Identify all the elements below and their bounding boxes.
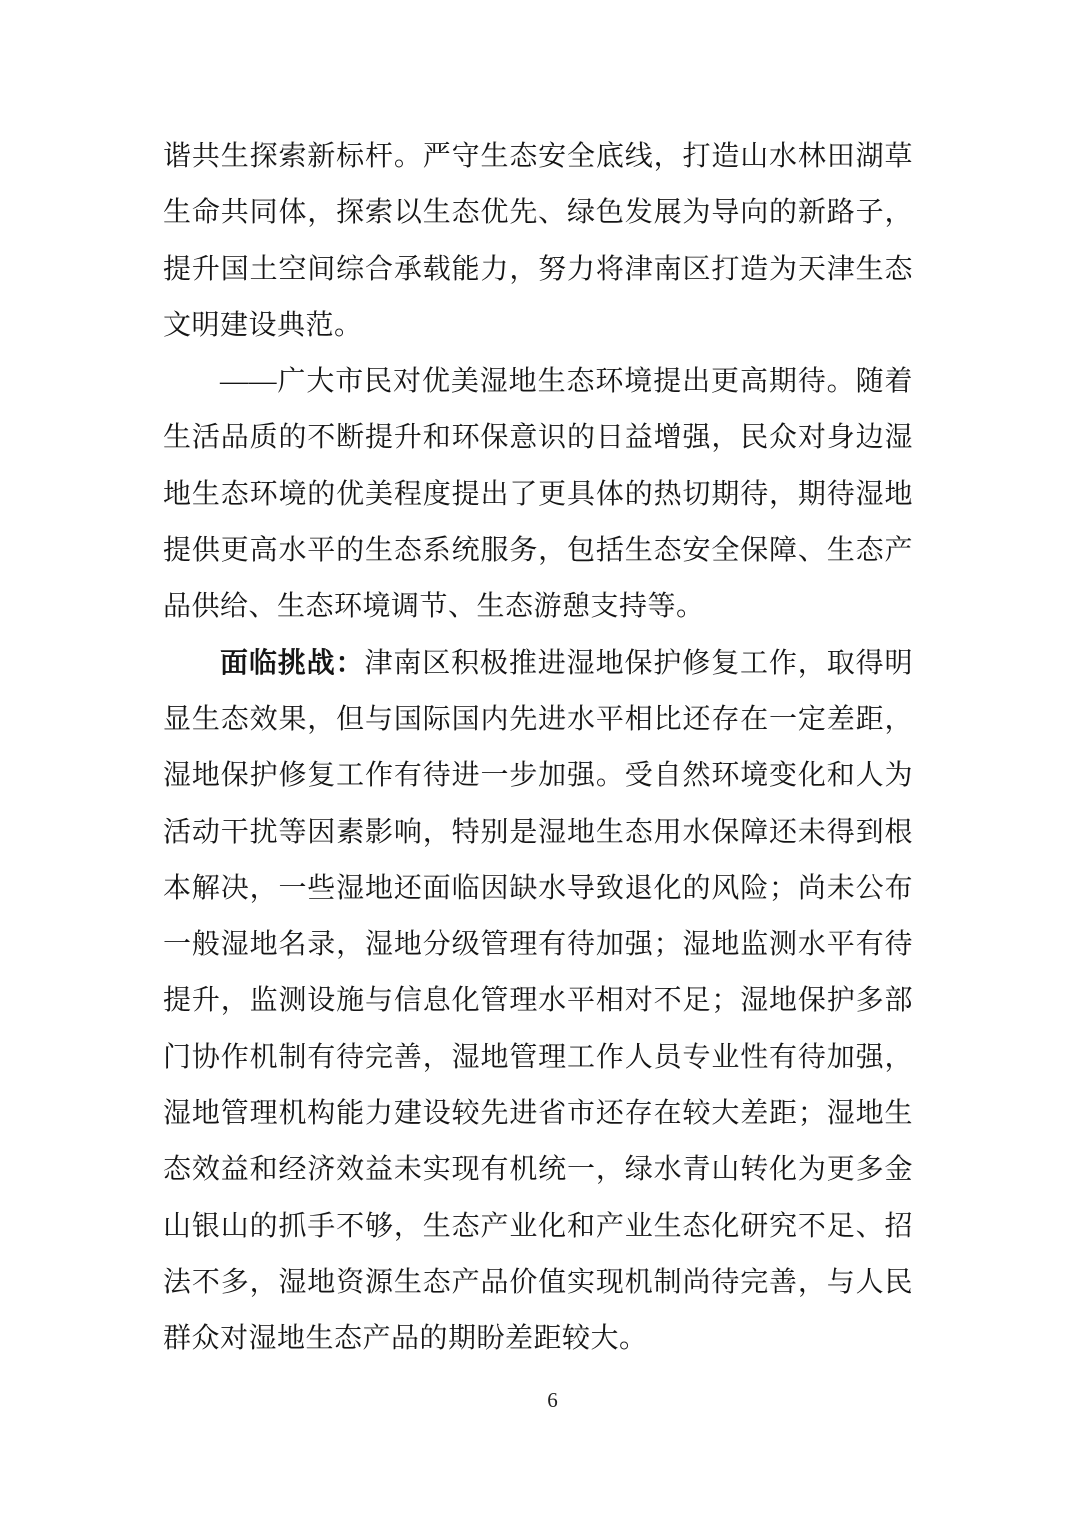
text-line: 本解决，一些湿地还面临因缺水导致退化的风险；尚未公布 [163,861,913,917]
text-line: 地生态环境的优美程度提出了更具体的热切期待，期待湿地 [163,467,913,523]
document-body: 谐共生探索新标杆。严守生态安全底线，打造山水林田湖草生命共同体，探索以生态优先、… [163,129,913,1368]
text-line: 态效益和经济效益未实现有机统一，绿水青山转化为更多金 [163,1142,913,1198]
text-line: 一般湿地名录，湿地分级管理有待加强；湿地监测水平有待 [163,917,913,973]
text-line: 湿地保护修复工作有待进一步加强。受自然环境变化和人为 [163,748,913,804]
text-line: 法不多，湿地资源生态产品价值实现机制尚待完善，与人民 [163,1255,913,1311]
text-line: 谐共生探索新标杆。严守生态安全底线，打造山水林田湖草 [163,129,913,185]
page-number: 6 [0,1387,1074,1413]
text-line: 显生态效果，但与国际国内先进水平相比还存在一定差距， [163,692,913,748]
text-line: 活动干扰等因素影响，特别是湿地生态用水保障还未得到根 [163,805,913,861]
text-line: 提升，监测设施与信息化管理水平相对不足；湿地保护多部 [163,973,913,1029]
text-line: 提升国土空间综合承载能力，努力将津南区打造为天津生态 [163,242,913,298]
text-line: ——广大市民对优美湿地生态环境提出更高期待。随着 [163,354,913,410]
text-line: 提供更高水平的生态系统服务，包括生态安全保障、生态产 [163,523,913,579]
bold-lead: 面临挑战： [220,648,364,679]
text-line: 群众对湿地生态产品的期盼差距较大。 [163,1311,913,1367]
text-line: 品供给、生态环境调节、生态游憩支持等。 [163,579,913,635]
text-line: 生活品质的不断提升和环保意识的日益增强，民众对身边湿 [163,410,913,466]
document-page: 谐共生探索新标杆。严守生态安全底线，打造山水林田湖草生命共同体，探索以生态优先、… [0,0,1074,1520]
text-line: 面临挑战：津南区积极推进湿地保护修复工作，取得明 [163,636,913,692]
text-line: 门协作机制有待完善，湿地管理工作人员专业性有待加强， [163,1030,913,1086]
text-line: 山银山的抓手不够，生态产业化和产业生态化研究不足、招 [163,1199,913,1255]
text-line: 湿地管理机构能力建设较先进省市还存在较大差距；湿地生 [163,1086,913,1142]
text-line: 生命共同体，探索以生态优先、绿色发展为导向的新路子， [163,185,913,241]
text-line: 文明建设典范。 [163,298,913,354]
